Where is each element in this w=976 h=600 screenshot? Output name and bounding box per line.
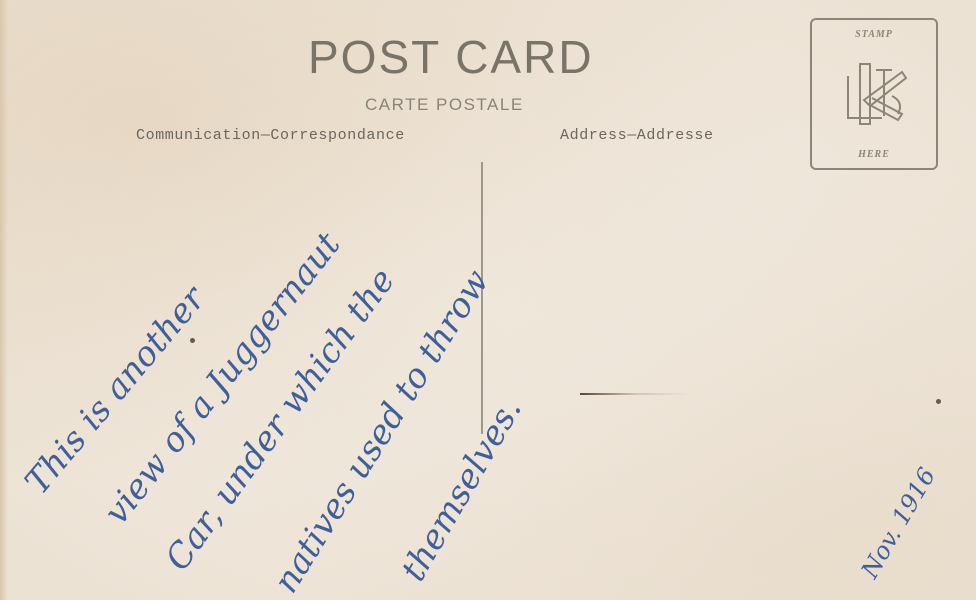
ltk-monogram-icon: [842, 56, 910, 130]
printed-subtitle: CARTE POSTALE: [365, 95, 524, 115]
ink-spot: [936, 399, 941, 404]
printed-title: POST CARD: [308, 30, 594, 84]
paper-edge-shading: [0, 0, 8, 600]
communication-label: Communication—Correspondance: [136, 127, 405, 144]
paper-crease-mark: [580, 393, 690, 395]
handwritten-line-5: themselves.: [393, 391, 530, 588]
ink-spot: [190, 338, 195, 343]
stamp-bottom-text: HERE: [812, 149, 936, 160]
stamp-box: STAMP HERE: [810, 18, 938, 170]
handwritten-line-1: This is another: [17, 279, 213, 502]
address-label: Address—Addresse: [560, 127, 714, 144]
handwritten-date: Nov. 1916: [856, 463, 941, 583]
postcard-back: POST CARD CARTE POSTALE Communication—Co…: [0, 0, 976, 600]
stamp-top-text: STAMP: [812, 29, 936, 40]
